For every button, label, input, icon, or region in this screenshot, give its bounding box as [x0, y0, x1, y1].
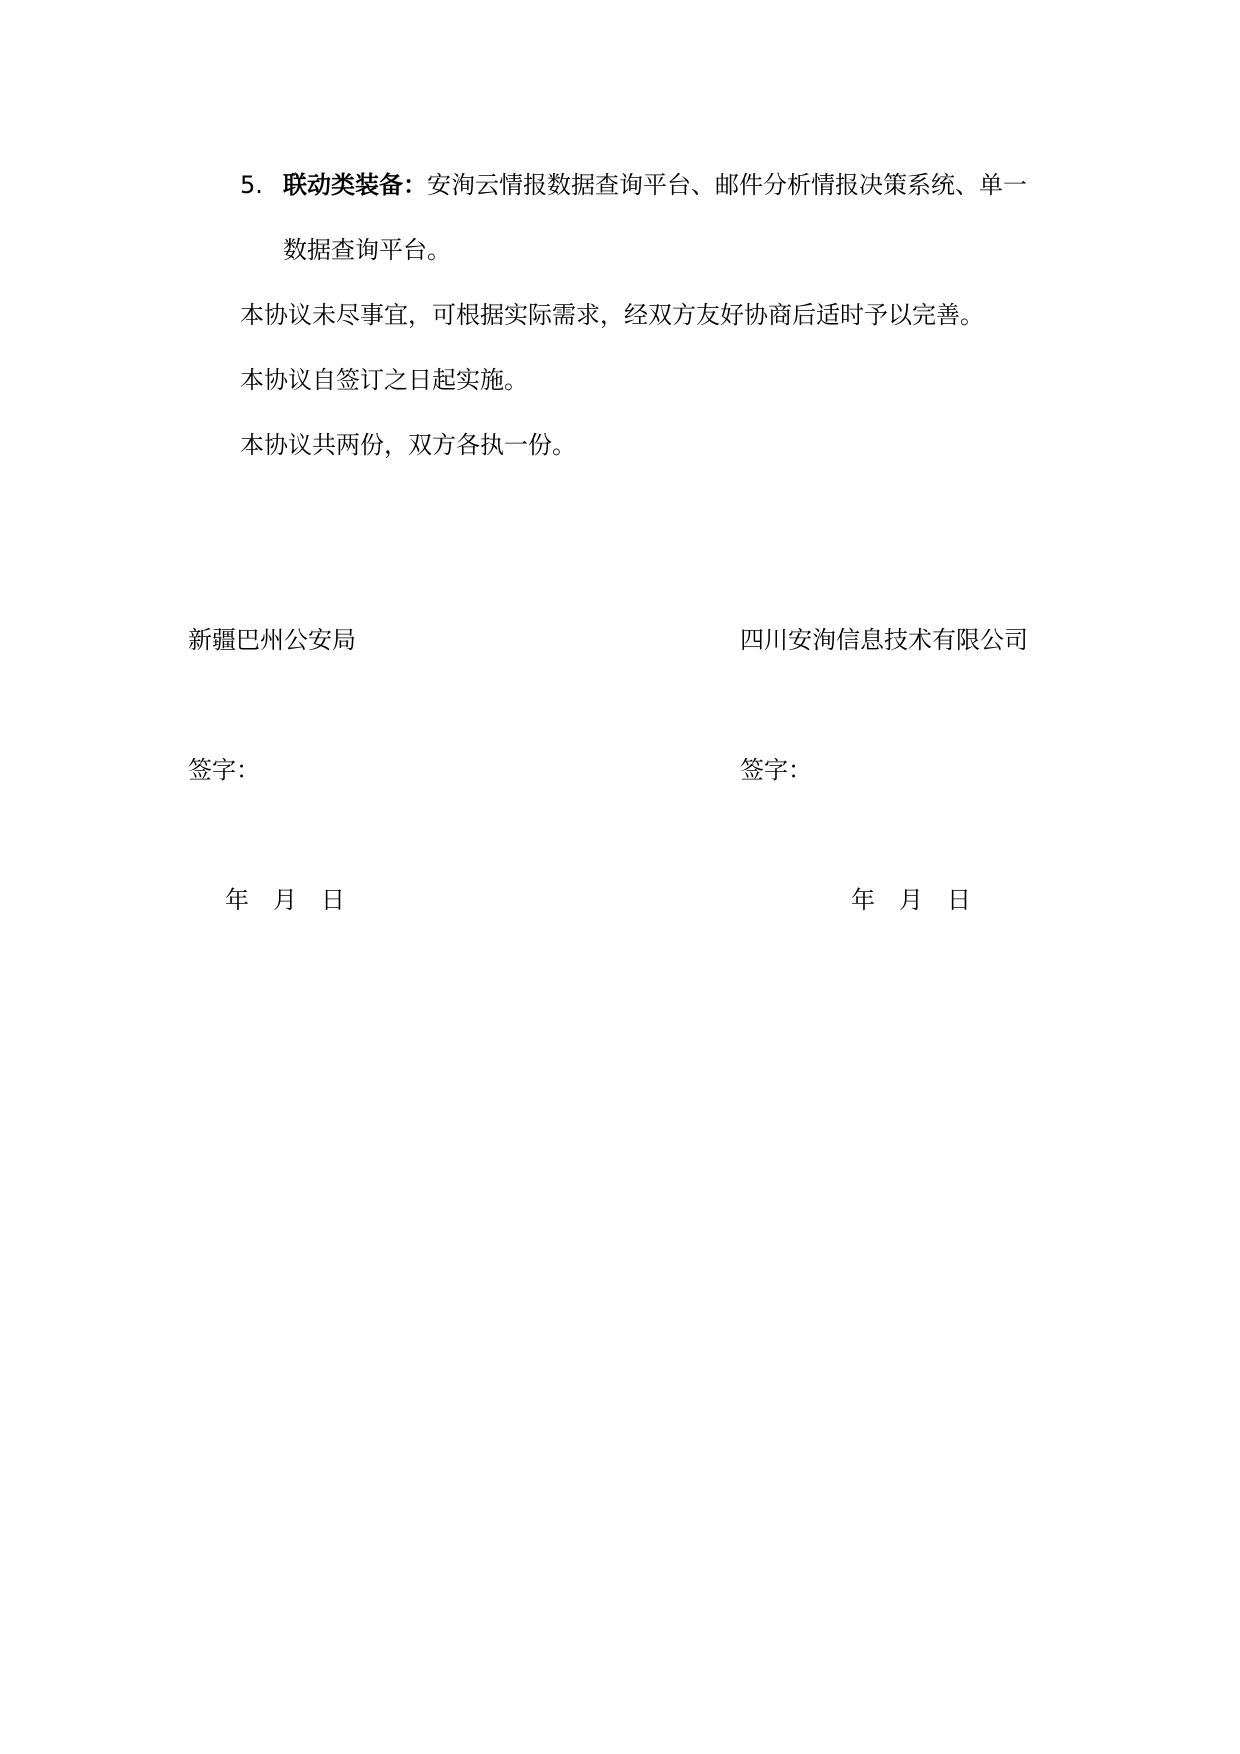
date-day-label: 日: [947, 885, 971, 915]
party-left-name: 新疆巴州公安局: [188, 625, 356, 655]
paragraph-copies: 本协议共两份，双方各执一份。: [240, 430, 576, 460]
list-item-5: 联动类装备：安洵云情报数据查询平台、邮件分析情报决策系统、单一: [283, 170, 1027, 200]
document-page: 5. 联动类装备：安洵云情报数据查询平台、邮件分析情报决策系统、单一 数据查询平…: [0, 0, 1240, 1754]
date-month-label: 月: [899, 885, 923, 915]
signature-label-right: 签字：: [740, 755, 812, 785]
party-right-name: 四川安洵信息技术有限公司: [740, 625, 1028, 655]
date-year-label: 年: [851, 885, 875, 915]
date-year-label: 年: [225, 885, 249, 915]
list-item-text: 安洵云情报数据查询平台、邮件分析情报决策系统、单一: [427, 171, 1027, 199]
paragraph-effective: 本协议自签订之日起实施。: [240, 365, 528, 395]
date-month-label: 月: [273, 885, 297, 915]
list-item-number: 5.: [240, 170, 263, 200]
paragraph-supplement: 本协议未尽事宜，可根据实际需求，经双方友好协商后适时予以完善。: [240, 300, 984, 330]
date-line-right: 年月日: [851, 885, 971, 915]
signature-label-left: 签字：: [188, 755, 260, 785]
list-item-label: 联动类装备：: [283, 171, 427, 199]
date-day-label: 日: [321, 885, 345, 915]
date-line-left: 年月日: [225, 885, 345, 915]
list-item-continuation: 数据查询平台。: [283, 235, 451, 265]
